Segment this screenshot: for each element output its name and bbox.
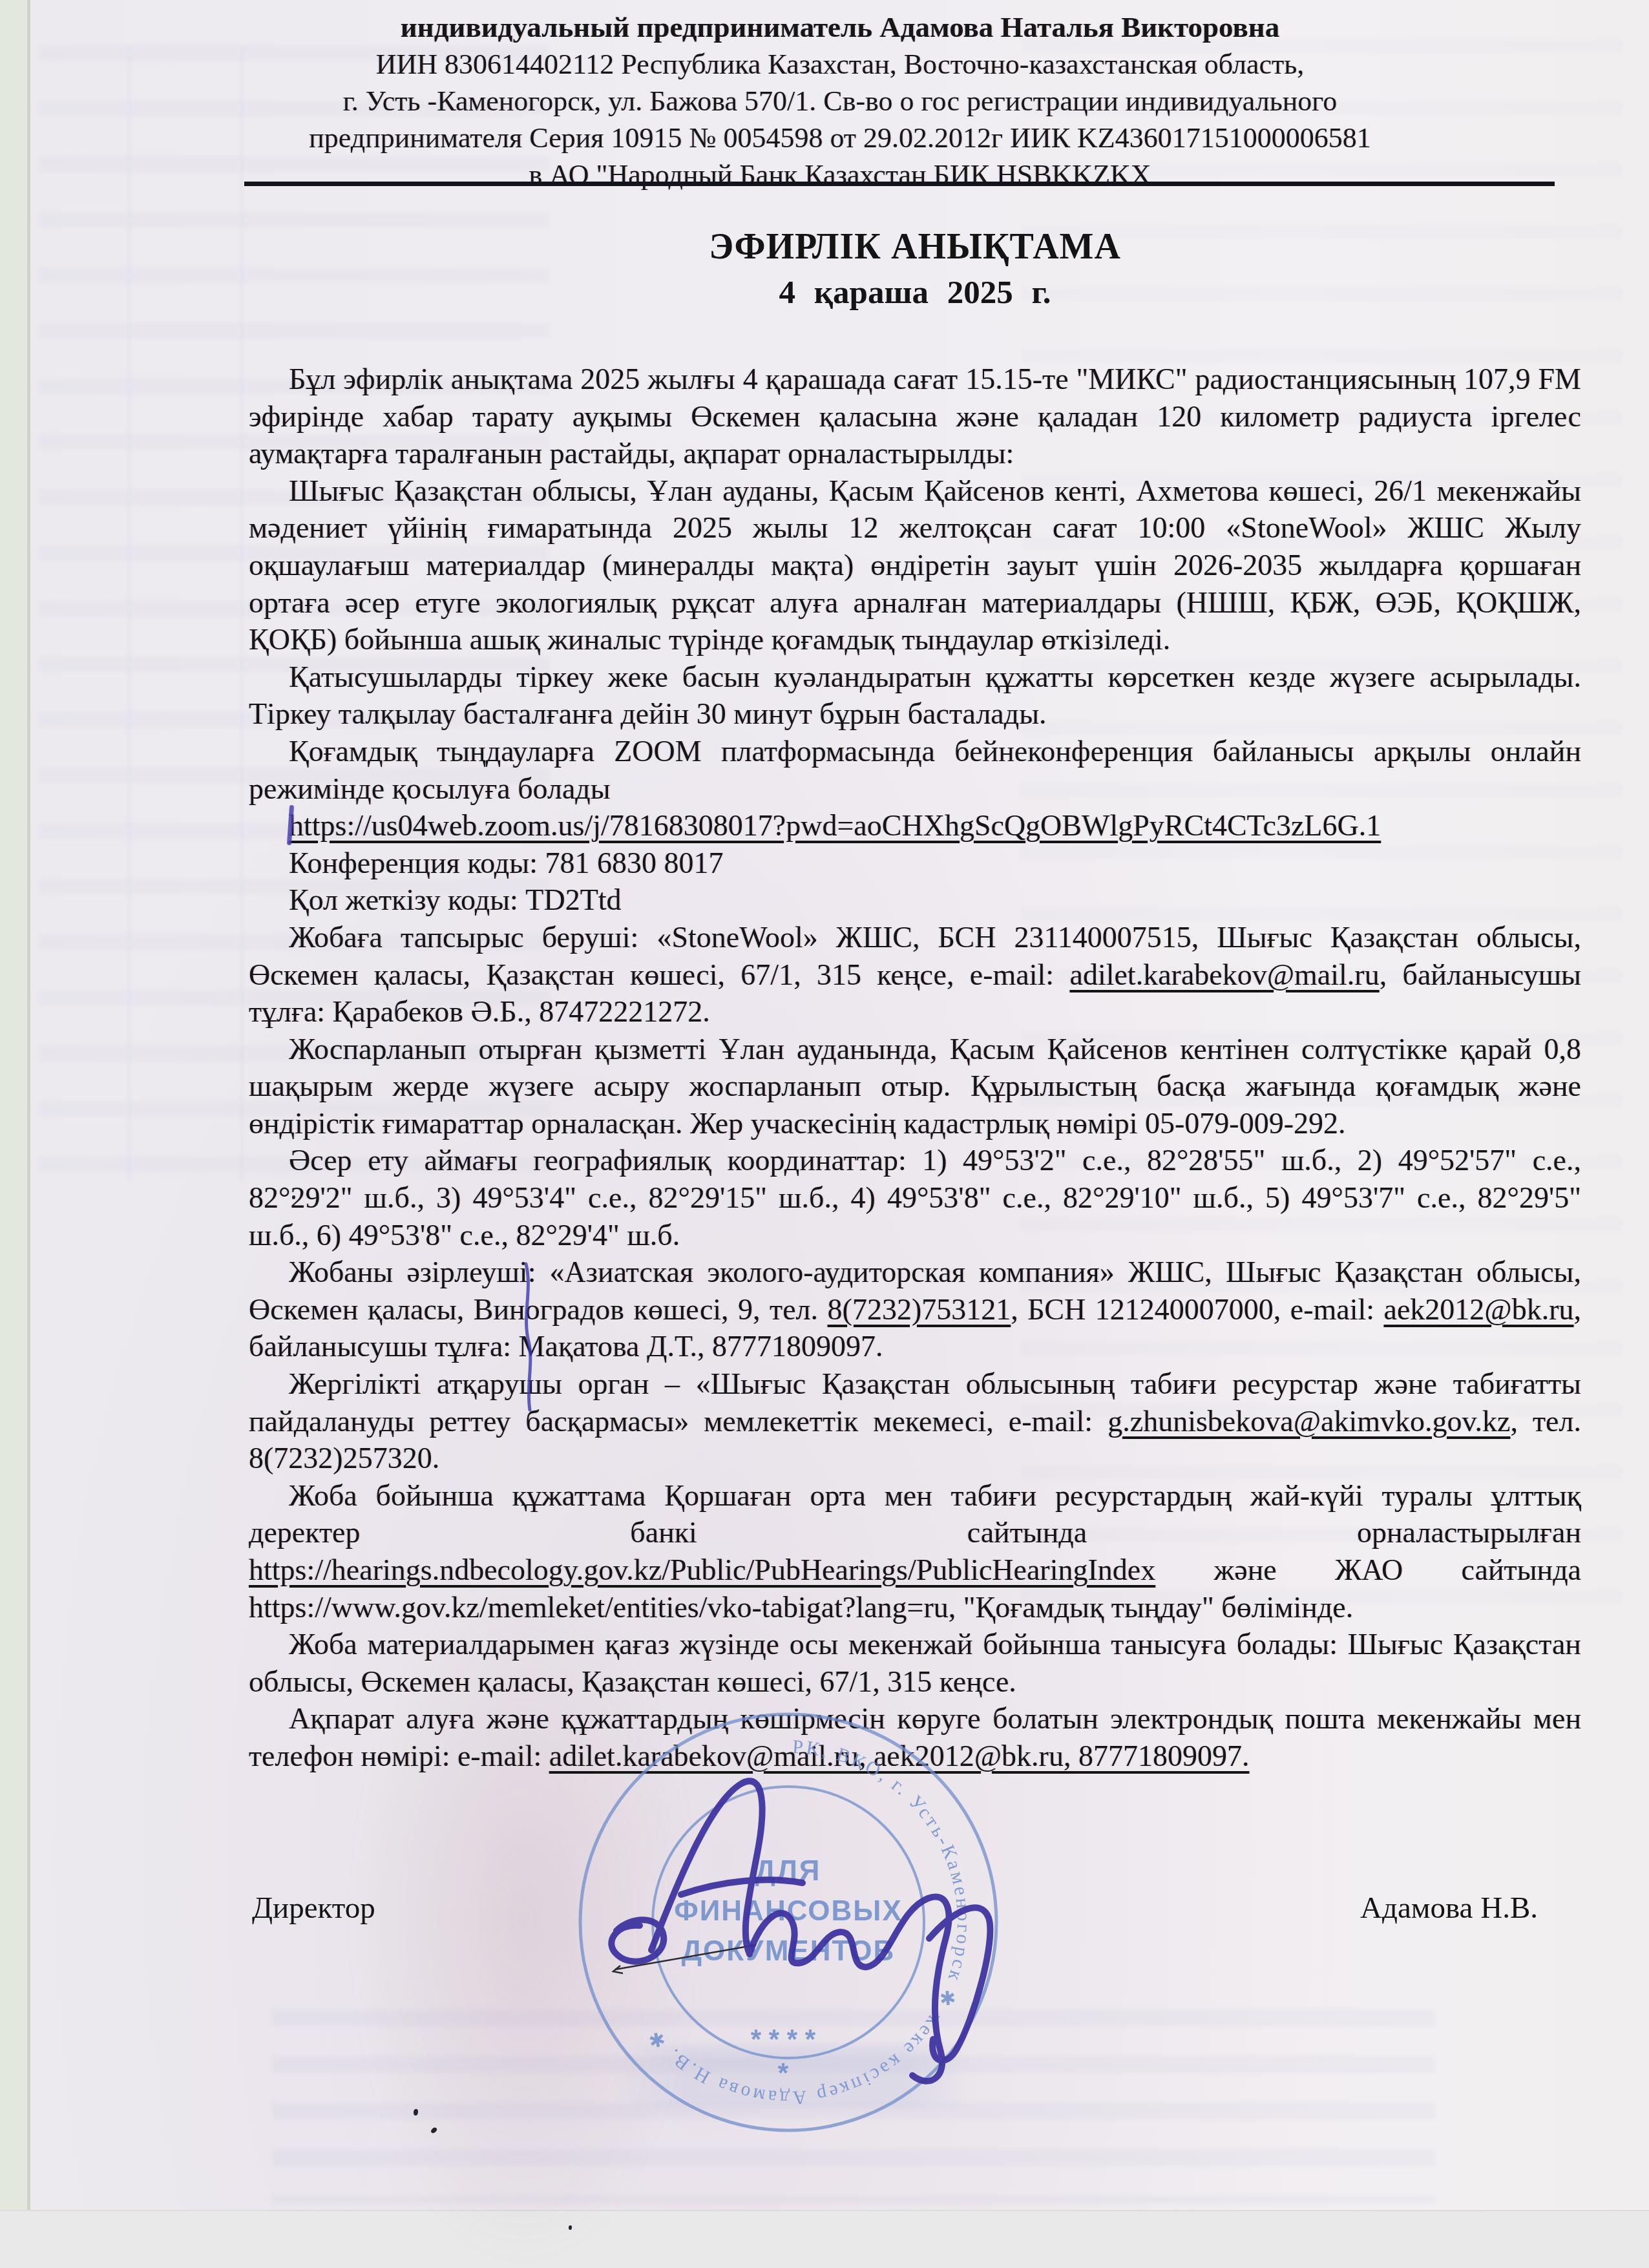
pen-mark <box>510 1260 549 1415</box>
header-rule <box>244 182 1555 186</box>
document-body: Бұл эфирлік анықтама 2025 жылғы 4 қараша… <box>249 361 1581 1775</box>
document-title: ЭФИРЛІК АНЫҚТАМА <box>249 226 1581 268</box>
director-label: Директор <box>252 1891 375 1926</box>
director-name: Адамова Н.В. <box>1360 1891 1538 1926</box>
stamp-center-text: ФИНАНСОВЫХ <box>674 1895 903 1927</box>
body-paragraph: Жобаны әзірлеуші: «Азиатская эколого-ауд… <box>249 1254 1581 1365</box>
text-run: Қоғамдық тыңдауларға ZOOM платформасында… <box>249 735 1581 805</box>
body-paragraph: Жоба бойынша құжаттама Қоршаған орта мен… <box>249 1477 1581 1626</box>
underlined-text: https://hearings.ndbecology.gov.kz/Publi… <box>249 1553 1155 1586</box>
body-paragraph: https://us04web.zoom.us/j/78168308017?pw… <box>249 807 1581 845</box>
text-run: Бұл эфирлік анықтама 2025 жылғы 4 қараша… <box>249 362 1581 470</box>
text-run: , БСН 121240007000, e-mail: <box>1011 1293 1383 1326</box>
body-paragraph: Бұл эфирлік анықтама 2025 жылғы 4 қараша… <box>249 361 1581 472</box>
letterhead-line: ИИН 830614402112 Республика Казахстан, В… <box>191 46 1489 83</box>
body-paragraph: Шығыс Қазақстан облысы, Ұлан ауданы, Қас… <box>249 472 1581 658</box>
body-paragraph: Жергілікті атқарушы орган – «Шығыс Қазақ… <box>249 1365 1581 1477</box>
dust-speck <box>414 2109 418 2116</box>
document-date: 4 қараша 2025 г. <box>249 274 1581 311</box>
text-run: Қатысушыларды тіркеу жеке басын куәланды… <box>249 660 1581 731</box>
letterhead: индивидуальный предприниматель Адамова Н… <box>191 9 1489 193</box>
stamp-stars: * * * * <box>751 2024 816 2054</box>
letterhead-line: индивидуальный предприниматель Адамова Н… <box>191 9 1489 46</box>
letterhead-line: предпринимателя Серия 10915 № 0054598 от… <box>191 120 1489 156</box>
underlined-text: g.zhunisbekova@akimvko.gov.kz <box>1108 1405 1510 1438</box>
letterhead-line: г. Усть -Каменогорск, ул. Бажова 570/1. … <box>191 83 1489 120</box>
text-run: Конференция коды: 781 6830 8017 <box>289 846 723 879</box>
body-paragraph: Конференция коды: 781 6830 8017 <box>249 845 1581 882</box>
letterhead-line: в АО "Народный Банк Казахстан БИК HSBKKZ… <box>191 156 1489 193</box>
stamp-star: * <box>778 2057 789 2088</box>
stamp-and-signature: РК, ВКО, г. Усть-Каменогорск ✱ жеке кәсі… <box>543 1667 1073 2158</box>
text-run: Жоспарланып отырған қызметті Ұлан ауданы… <box>249 1033 1581 1140</box>
scanner-edge-bottom <box>0 2210 1649 2268</box>
text-run: Қол жеткізу коды: TD2Ttd <box>289 883 622 916</box>
text-run: Әсер ету аймағы географиялық координатта… <box>249 1144 1581 1251</box>
text-run: Жоба бойынша құжаттама Қоршаған орта мен… <box>249 1479 1581 1549</box>
stamp-center-text: ДОКУМЕНТОВ <box>682 1935 895 1967</box>
underlined-text: adilet.karabekov@mail.ru <box>1069 958 1379 991</box>
text-run: Шығыс Қазақстан облысы, Ұлан ауданы, Қас… <box>249 474 1581 656</box>
underlined-text: 8(7232)753121 <box>828 1293 1011 1326</box>
underlined-text: aek2012@bk.ru <box>1383 1293 1573 1326</box>
scanner-edge-left <box>0 0 30 2268</box>
company-stamp: РК, ВКО, г. Усть-Каменогорск ✱ жеке кәсі… <box>543 1667 1073 2158</box>
body-paragraph: Әсер ету аймағы географиялық координатта… <box>249 1142 1581 1254</box>
body-paragraph: Қол жеткізу коды: TD2Ttd <box>249 881 1581 919</box>
scanned-document-page: индивидуальный предприниматель Адамова Н… <box>0 0 1649 2268</box>
underlined-text: https://us04web.zoom.us/j/78168308017?pw… <box>289 809 1381 842</box>
dust-speck <box>430 2126 438 2134</box>
body-paragraph: Жоспарланып отырған қызметті Ұлан ауданы… <box>249 1031 1581 1142</box>
body-paragraph: Жобаға тапсырыс беруші: «StoneWool» ЖШС,… <box>249 919 1581 1031</box>
body-paragraph: Қатысушыларды тіркеу жеке басын куәланды… <box>249 658 1581 733</box>
body-paragraph: Қоғамдық тыңдауларға ZOOM платформасында… <box>249 733 1581 807</box>
